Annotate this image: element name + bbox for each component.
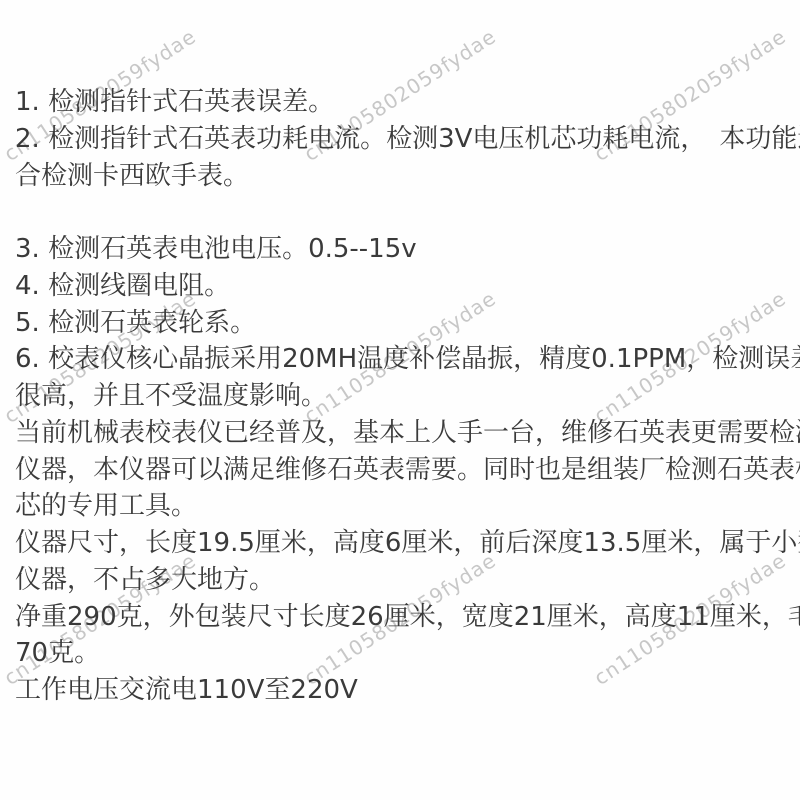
text-line: 合检测卡西欧手表。 (15, 158, 800, 195)
text-line: 当前机械表校表仪已经普及，基本上人手一台，维修石英表更需要检测 (15, 415, 800, 452)
text-line: 仪器，不占多大地方。 (15, 562, 800, 599)
text-line: 6. 校表仪核心晶振采用20MH温度补偿晶振，精度0.1PPM，检测误差精度 (15, 341, 800, 378)
text-line: 4. 检测线圈电阻。 (15, 268, 800, 305)
text-line: 5. 检测石英表轮系。 (15, 305, 800, 342)
text-line: 1. 检测指针式石英表误差。 (15, 84, 800, 121)
product-description-page: cn1105802059fydaecn1105802059fydaecn1105… (0, 0, 800, 800)
blank-line (15, 194, 800, 231)
description-text-block: 1. 检测指针式石英表误差。2. 检测指针式石英表功耗电流。检测3V电压机芯功耗… (15, 84, 800, 709)
text-line: 仪器尺寸，长度19.5厘米，高度6厘米，前后深度13.5厘米，属于小型 (15, 525, 800, 562)
text-line: 3. 检测石英表电池电压。0.5--15v (15, 231, 800, 268)
text-line: 很高，并且不受温度影响。 (15, 378, 800, 415)
text-line: 70克。 (15, 635, 800, 672)
text-line: 净重290克，外包装尺寸长度26厘米，宽度21厘米，高度11厘米，毛重5 (15, 599, 800, 636)
text-line: 2. 检测指针式石英表功耗电流。检测3V电压机芯功耗电流， 本功能适 (15, 121, 800, 158)
text-line: 工作电压交流电110V至220V (15, 672, 800, 709)
text-line: 仪器，本仪器可以满足维修石英表需要。同时也是组装厂检测石英表机 (15, 452, 800, 489)
text-line: 芯的专用工具。 (15, 488, 800, 525)
